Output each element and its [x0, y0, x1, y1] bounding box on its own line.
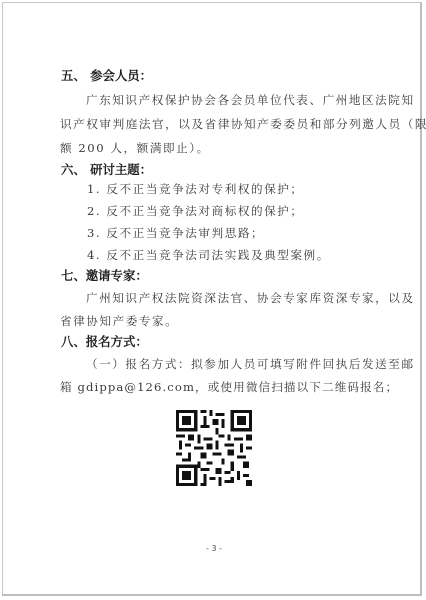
topic-item: 3. 反不正当竞争法审判思路；	[87, 225, 264, 241]
paragraph-line: （一）报名方式：拟参加人员可填写附件回执后发送至邮	[86, 356, 415, 372]
section-heading-registration: 八、报名方式：	[61, 334, 148, 350]
paragraph-line: 识产权审判庭法官，以及省律协知产委委员和部分列邀人员（限	[60, 116, 426, 132]
qr-code-icon	[176, 410, 252, 486]
topic-item: 2. 反不正当竞争法对商标权的保护；	[87, 203, 304, 219]
section-heading-topics: 六、 研讨主题：	[61, 162, 152, 178]
section-heading-experts: 七、邀请专家：	[61, 268, 148, 284]
paragraph-line: 广东知识产权保护协会各会员单位代表、广州地区法院知	[86, 92, 415, 108]
page-number: - 3 -	[1, 544, 426, 553]
paragraph-line: 广州知识产权法院资深法官、协会专家库资深专家，以及	[86, 290, 415, 306]
paragraph-line: 省律协知产委专家。	[60, 313, 178, 329]
topic-item: 1. 反不正当竞争法对专利权的保护；	[87, 181, 304, 197]
document-page: 五、 参会人员： 广东知识产权保护协会各会员单位代表、广州地区法院知 识产权审判…	[2, 2, 422, 596]
section-heading-attendees: 五、 参会人员：	[61, 68, 152, 84]
topic-item: 4. 反不正当竞争法司法实践及典型案例。	[87, 247, 330, 263]
paragraph-line: 额 200 人，额满即止）。	[60, 140, 210, 156]
paragraph-line-email: 箱 gdippa@126.com，或使用微信扫描以下二维码报名；	[60, 379, 398, 395]
